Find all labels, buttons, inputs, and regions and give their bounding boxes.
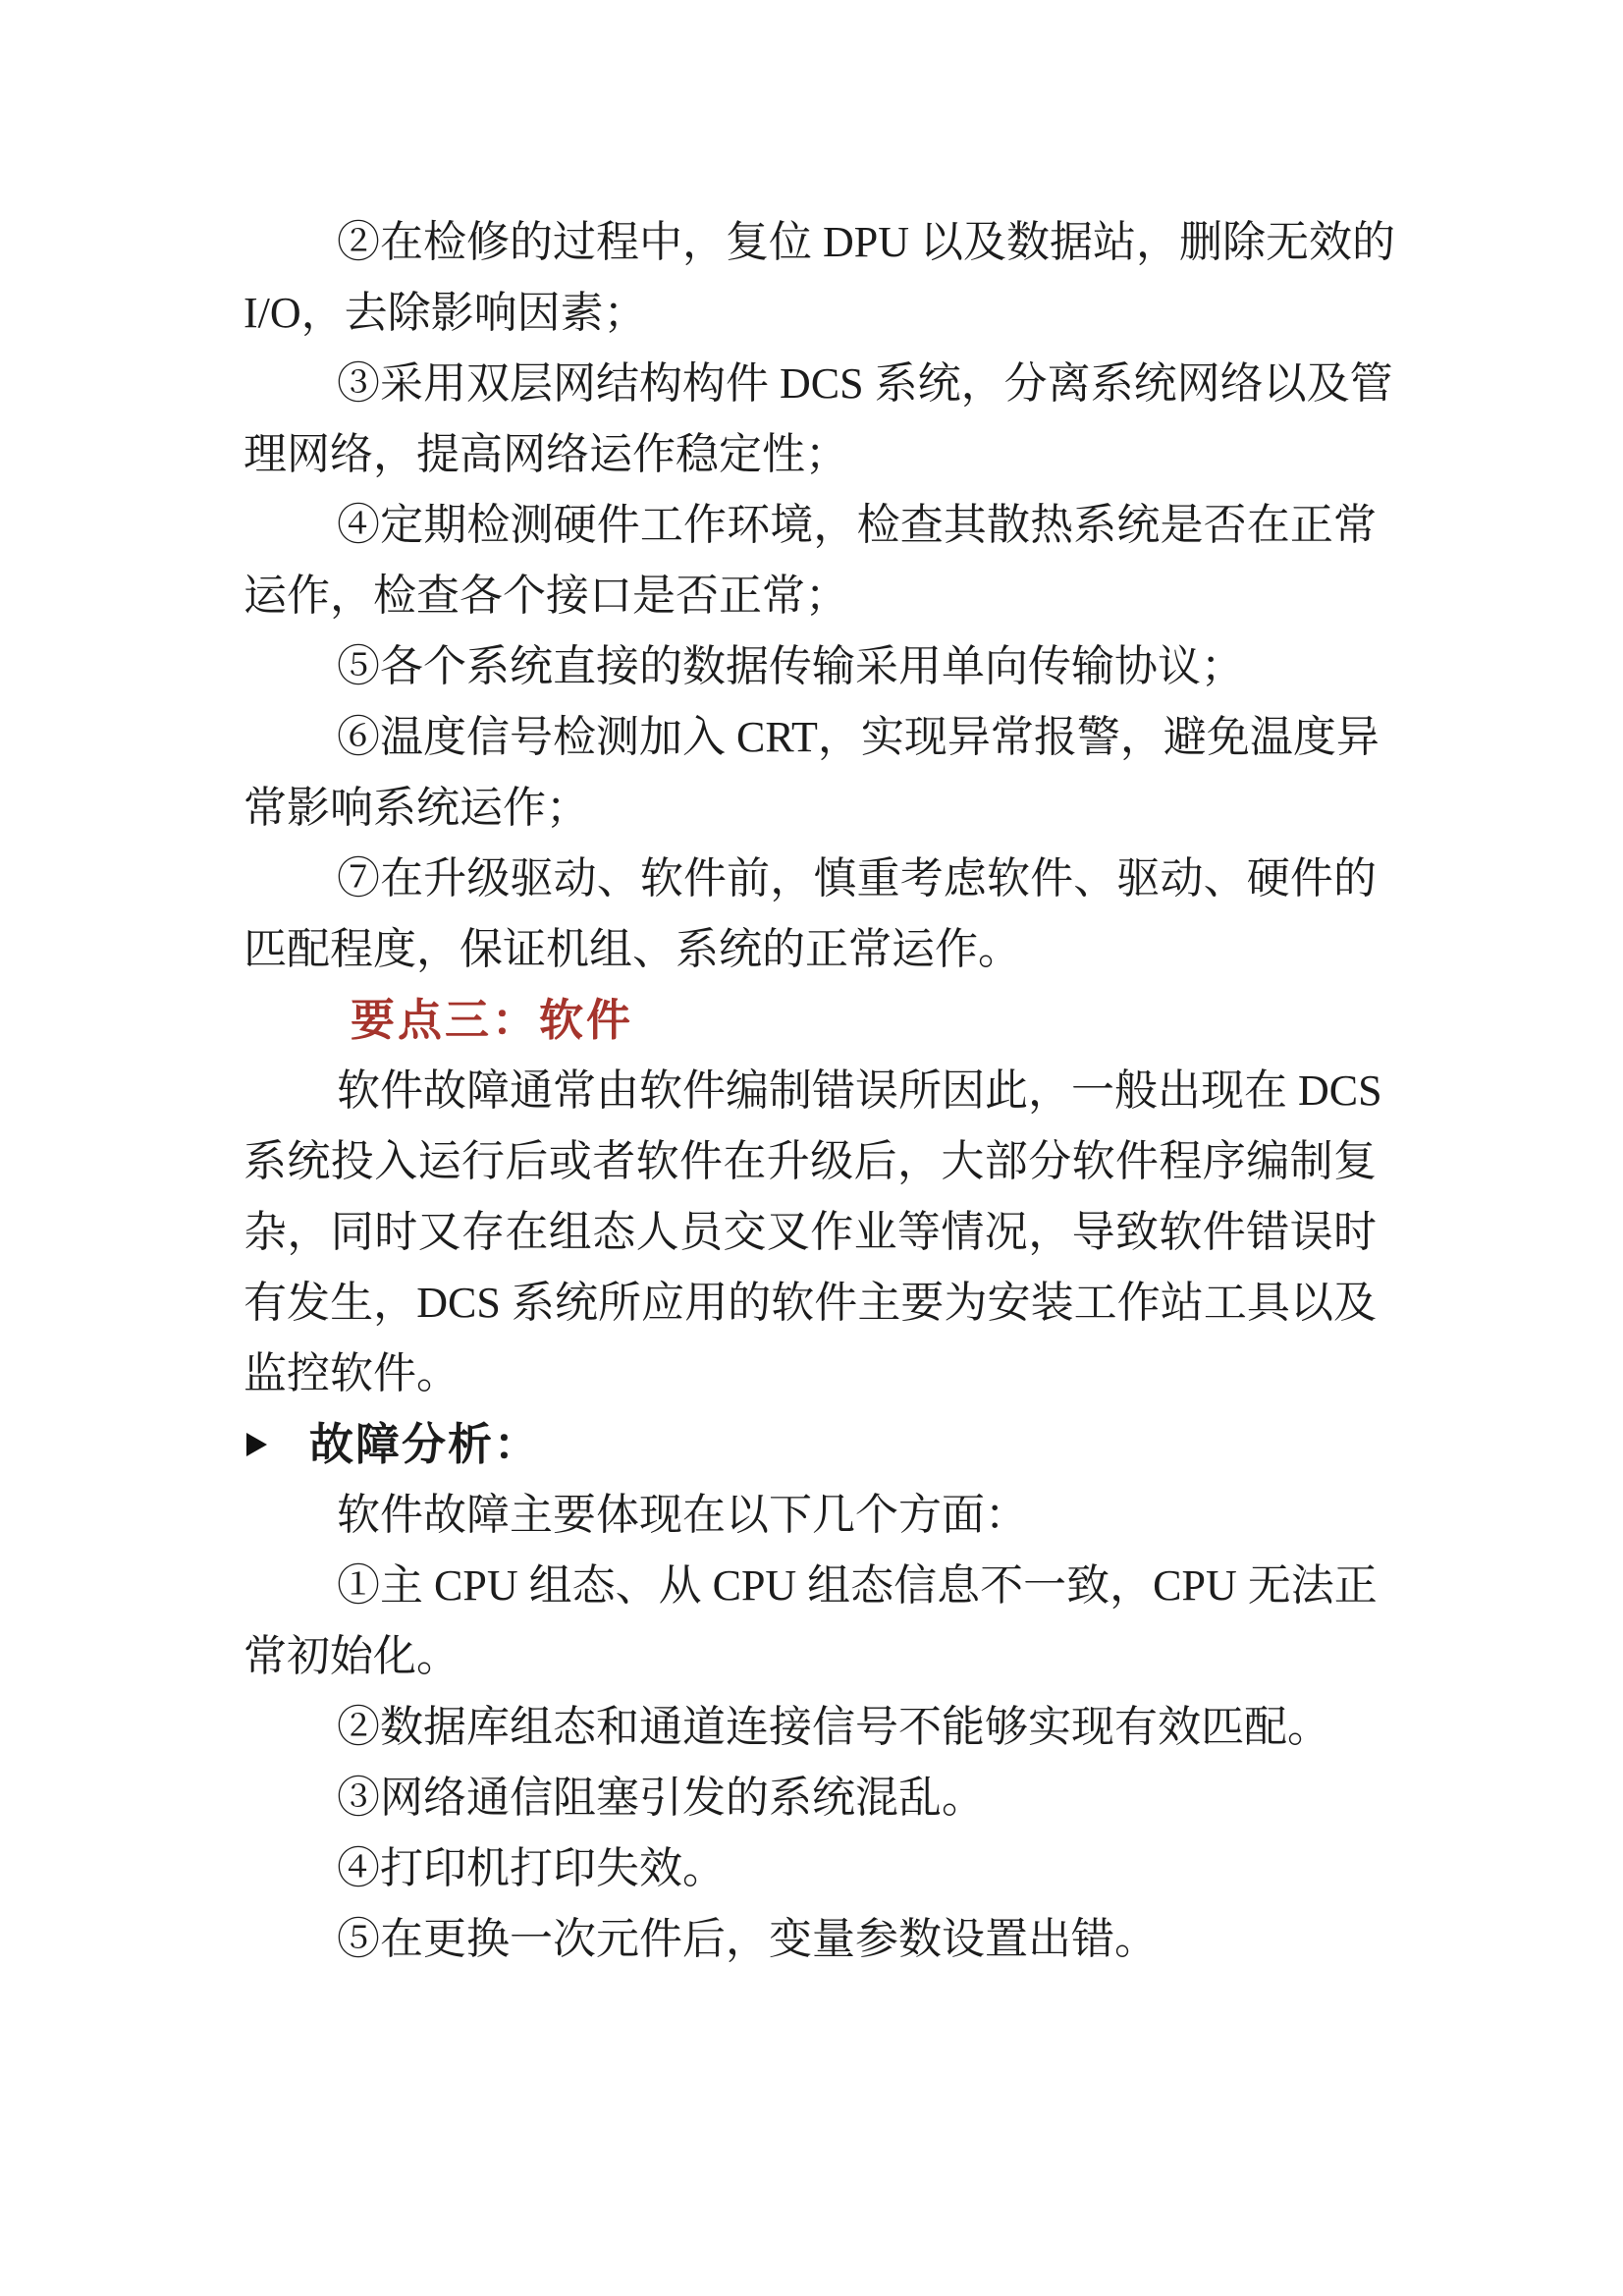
section-heading: 要点三：软件 [243,985,1377,1056]
text-line: ①主 CPU 组态、从 CPU 组态信息不一致，CPU 无法正 [243,1551,1377,1621]
text-line: ③采用双层网结构构件 DCS 系统，分离系统网络以及管 [243,349,1377,419]
fault-analysis-heading-row: 故障分析： [243,1409,1377,1480]
text-line: ⑤在更换一次元件后，变量参数设置出错。 [243,1904,1377,1975]
right-triangle-icon [246,1433,267,1456]
text-line: 常影响系统运作； [243,773,1377,844]
text-line: 系统投入运行后或者软件在升级后，大部分软件程序编制复 [243,1126,1377,1197]
text-line: 常初始化。 [243,1621,1377,1692]
text-line: ④定期检测硬件工作环境，检查其散热系统是否在正常 [243,490,1377,561]
text-line: ③网络通信阻塞引发的系统混乱。 [243,1763,1377,1833]
text-line: 理网络，提高网络运作稳定性； [243,419,1377,490]
text-line: 监控软件。 [243,1339,1377,1409]
text-line: ⑥温度信号检测加入 CRT，实现异常报警，避免温度异 [243,702,1377,773]
text-line: 软件故障主要体现在以下几个方面： [243,1480,1377,1551]
fault-analysis-heading: 故障分析： [309,1409,540,1480]
text-line: 匹配程度，保证机组、系统的正常运作。 [243,914,1377,985]
text-line: 运作，检查各个接口是否正常； [243,561,1377,631]
text-line: ②在检修的过程中，复位 DPU 以及数据站，删除无效的 [243,207,1377,278]
text-line: ⑤各个系统直接的数据传输采用单向传输协议； [243,631,1377,702]
text-line: 有发生，DCS 系统所应用的软件主要为安装工作站工具以及 [243,1268,1377,1339]
text-line: ⑦在升级驱动、软件前，慎重考虑软件、驱动、硬件的 [243,844,1377,914]
text-line: I/O，去除影响因素； [243,278,1377,349]
text-line: 杂，同时又存在组态人员交叉作业等情况，导致软件错误时 [243,1197,1377,1268]
text-line: ②数据库组态和通道连接信号不能够实现有效匹配。 [243,1692,1377,1763]
text-line: ④打印机打印失效。 [243,1833,1377,1904]
document-page: ②在检修的过程中，复位 DPU 以及数据站，删除无效的 I/O，去除影响因素； … [0,0,1623,2296]
text-column: ②在检修的过程中，复位 DPU 以及数据站，删除无效的 I/O，去除影响因素； … [243,207,1377,1975]
text-line: 软件故障通常由软件编制错误所因此，一般出现在 DCS [243,1056,1377,1126]
